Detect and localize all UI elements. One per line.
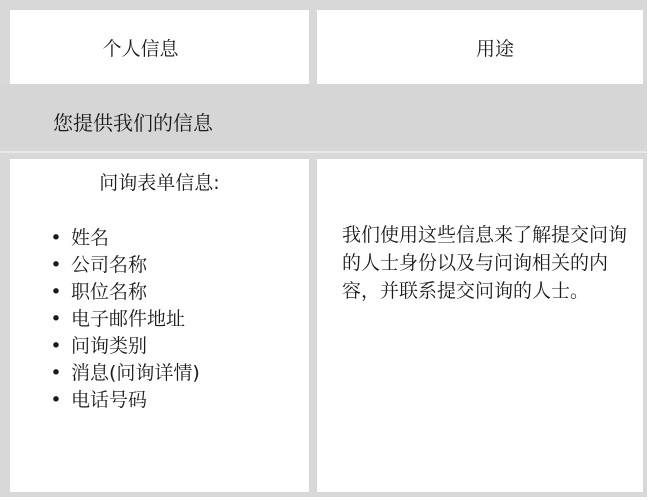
- section-row-info-you-provide: 您提供我们的信息: [0, 84, 647, 153]
- purpose-paragraph: 我们使用这些信息来了解提交问询 的人士身份以及与问询相关的内 容，并联系提交问询…: [342, 221, 631, 305]
- header-label-personal-info: 个人信息: [102, 34, 178, 61]
- list-item-label: 职位名称: [71, 281, 147, 303]
- list-item-job-title: • 职位名称: [10, 279, 309, 306]
- bullet-icon: •: [48, 306, 64, 333]
- list-item-message-details: • 消息(问询详情): [10, 360, 309, 387]
- bullet-icon: •: [48, 360, 64, 387]
- list-item-label: 姓名: [71, 227, 109, 249]
- bullet-icon: •: [48, 252, 64, 279]
- list-item-label: 消息(问询详情): [71, 362, 200, 384]
- list-item-label: 公司名称: [71, 254, 147, 276]
- list-item-label: 问询类别: [71, 335, 147, 357]
- purpose-paragraph-line: 我们使用这些信息来了解提交问询: [342, 221, 631, 249]
- purpose-paragraph-line: 的人士身份以及与问询相关的内: [342, 249, 631, 277]
- list-item-inquiry-category: • 问询类别: [10, 333, 309, 360]
- header-cell-purpose: 用途: [317, 10, 643, 84]
- section-row-label: 您提供我们的信息: [53, 107, 213, 136]
- list-item-name: • 姓名: [10, 225, 309, 252]
- inquiry-item-list: • 姓名 • 公司名称 • 职位名称 • 电子邮件地址 • 问询类别 • 消息(…: [10, 225, 309, 414]
- bullet-icon: •: [48, 279, 64, 306]
- list-item-email-address: • 电子邮件地址: [10, 306, 309, 333]
- body-cell-inquiry-form: 问询表单信息: • 姓名 • 公司名称 • 职位名称 • 电子邮件地址 • 问询…: [10, 159, 309, 492]
- body-cell-usage: 我们使用这些信息来了解提交问询 的人士身份以及与问询相关的内 容，并联系提交问询…: [317, 159, 643, 492]
- bullet-icon: •: [48, 333, 64, 360]
- list-item-label: 电子邮件地址: [71, 308, 185, 330]
- privacy-table-page: 个人信息 用途 您提供我们的信息 问询表单信息: • 姓名 • 公司名称 • 职…: [0, 0, 650, 500]
- header-cell-personal-info: 个人信息: [10, 10, 309, 84]
- bullet-icon: •: [48, 225, 64, 252]
- list-item-company-name: • 公司名称: [10, 252, 309, 279]
- list-item-phone-number: • 电话号码: [10, 387, 309, 414]
- list-item-label: 电话号码: [71, 389, 147, 411]
- inquiry-form-heading: 问询表单信息:: [10, 173, 309, 194]
- purpose-paragraph-line: 容，并联系提交问询的人士。: [342, 277, 631, 305]
- header-label-purpose: 用途: [476, 34, 514, 61]
- bullet-icon: •: [48, 387, 64, 414]
